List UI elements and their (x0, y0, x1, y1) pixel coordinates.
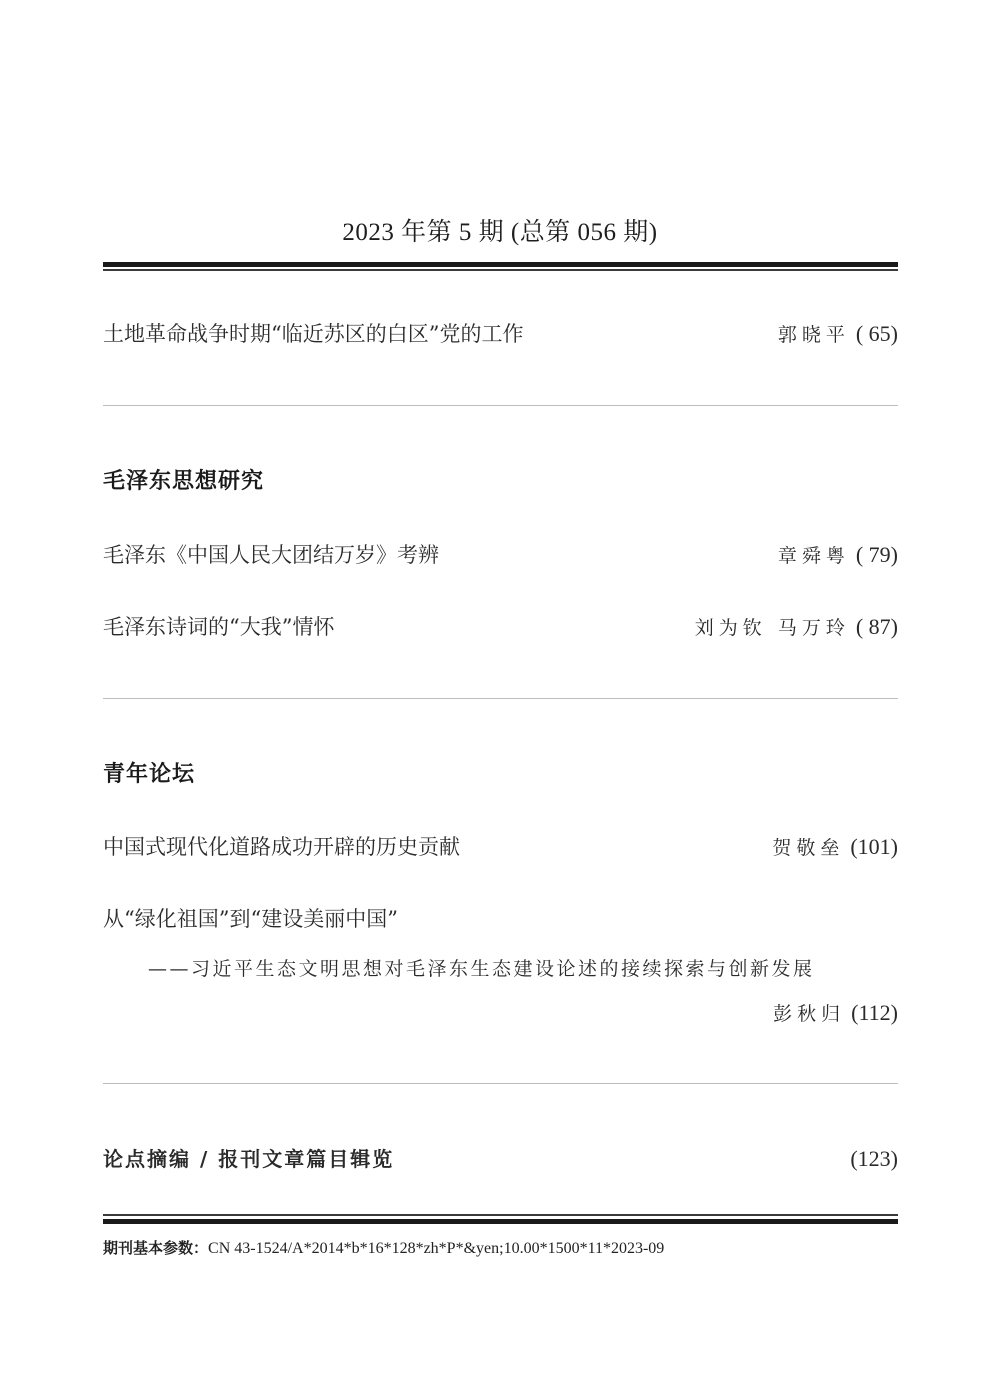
article-page: (101) (850, 834, 898, 860)
article-author: 刘为钦 马万玲 (695, 613, 850, 640)
section-divider (103, 698, 898, 699)
toc-entry-author-line: 彭秋归 (112) (103, 999, 898, 1026)
article-title[interactable]: 毛泽东《中国人民大团结万岁》考辨 (103, 539, 439, 569)
issue-title: 2023 年第 5 期 (总第 056 期) (0, 212, 1000, 248)
toc-entry[interactable]: 中国式现代化道路成功开辟的历史贡献 贺敬垒 (101) (103, 831, 898, 861)
toc-entry[interactable]: 论点摘编 / 报刊文章篇目辑览 (123) (103, 1143, 898, 1172)
article-title[interactable]: 论点摘编 / 报刊文章篇目辑览 (103, 1143, 394, 1172)
header-rule-thick (103, 262, 898, 267)
section-heading-youth-forum: 青年论坛 (103, 757, 195, 788)
article-page: ( 87) (856, 614, 898, 640)
article-page: (123) (850, 1146, 898, 1172)
article-subtitle: ——习近平生态文明思想对毛泽东生态建设论述的接续探索与创新发展 (148, 954, 815, 981)
article-title[interactable]: 毛泽东诗词的“大我”情怀 (103, 611, 334, 641)
toc-entry-title-line[interactable]: 从“绿化祖国”到“建设美丽中国” (103, 903, 898, 933)
article-page: ( 65) (856, 321, 898, 347)
article-author: 章舜粤 (778, 541, 850, 568)
article-author: 彭秋归 (773, 999, 845, 1026)
article-author: 贺敬垒 (772, 833, 844, 860)
section-divider (103, 405, 898, 406)
journal-parameters-value: CN 43-1524/A*2014*b*16*128*zh*P*&yen;10.… (208, 1240, 664, 1257)
journal-parameters-label: 期刊基本参数： (103, 1239, 208, 1257)
article-title[interactable]: 土地革命战争时期“临近苏区的白区”党的工作 (103, 318, 523, 348)
article-title[interactable]: 从“绿化祖国”到“建设美丽中国” (103, 903, 398, 933)
section-divider (103, 1083, 898, 1084)
journal-parameters: 期刊基本参数：CN 43-1524/A*2014*b*16*128*zh*P*&… (103, 1237, 664, 1258)
article-author: 郭晓平 (778, 320, 850, 347)
section-heading-mao-thought: 毛泽东思想研究 (103, 464, 264, 495)
article-page: ( 79) (856, 542, 898, 568)
header-rule-thin (103, 269, 898, 271)
toc-entry[interactable]: 土地革命战争时期“临近苏区的白区”党的工作 郭晓平 ( 65) (103, 318, 898, 348)
footer-rule-thin (103, 1214, 898, 1216)
toc-entry[interactable]: 毛泽东《中国人民大团结万岁》考辨 章舜粤 ( 79) (103, 539, 898, 569)
toc-entry[interactable]: 毛泽东诗词的“大我”情怀 刘为钦 马万玲 ( 87) (103, 611, 898, 641)
article-page: (112) (851, 1000, 898, 1026)
footer-rule-thick (103, 1219, 898, 1224)
article-title[interactable]: 中国式现代化道路成功开辟的历史贡献 (103, 831, 460, 861)
